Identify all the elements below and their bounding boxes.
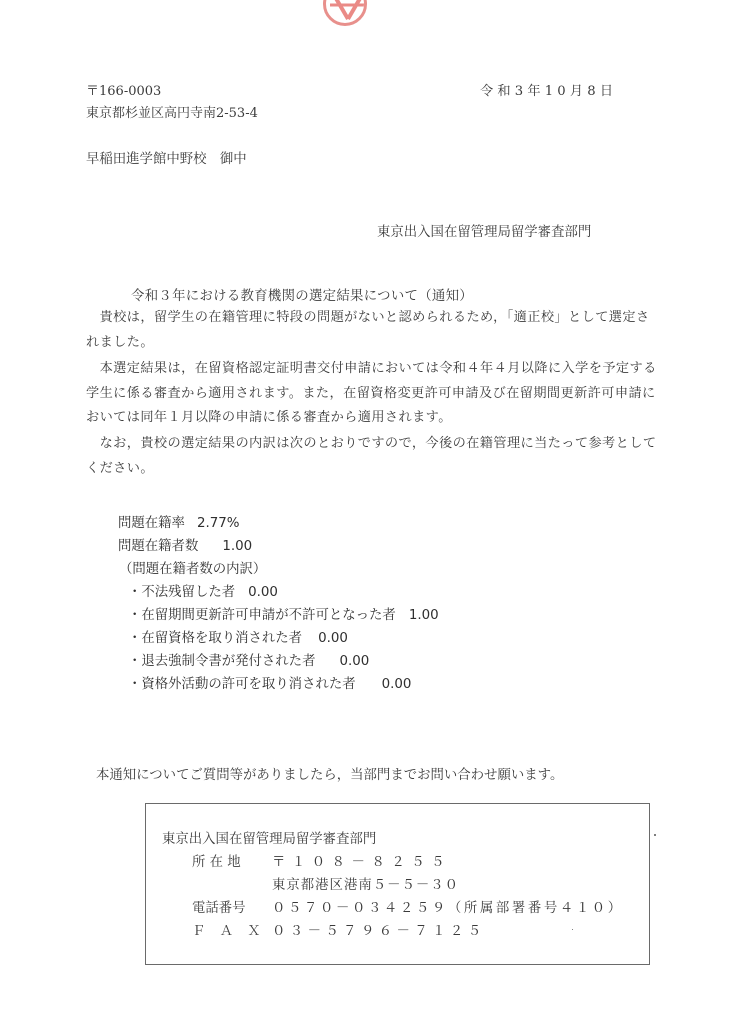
sender-address: 東京都杉並区高円寺南2-53-4 bbox=[86, 102, 258, 121]
scan-speck bbox=[572, 929, 573, 930]
paragraph-application: 本選定結果は，在留資格認定証明書交付申請においては令和４年４月以降に入学を予定す… bbox=[86, 357, 662, 431]
contact-office: 東京出入国在留管理局留学審査部門 bbox=[162, 828, 376, 847]
breakdown-heading: （問題在籍者数の内訳） bbox=[119, 558, 266, 577]
breakdown-item: ・在留資格を取り消された者0.00 bbox=[128, 627, 348, 646]
closing-note: 本通知についてご質問等がありましたら，当部門までお問い合わせ願います。 bbox=[96, 764, 563, 783]
problem-count-value: 1.00 bbox=[222, 539, 252, 554]
breakdown-item: ・不法残留した者0.00 bbox=[128, 581, 278, 600]
contact-fax-label: Ｆ Ａ Ｘ bbox=[192, 920, 266, 939]
scan-speck bbox=[654, 834, 656, 836]
issuer: 東京出入国在留管理局留学審査部門 bbox=[377, 221, 591, 240]
contact-phone: ０５７０－０３４２５９（所属部署番号４１０） bbox=[272, 897, 624, 916]
paragraph-selection: 貴校は，留学生の在籍管理に特段の問題がないと認められるため，「適正校」として選定… bbox=[86, 306, 662, 355]
contact-fax: ０３－５７９６－７１２５ bbox=[272, 920, 486, 939]
official-seal-icon bbox=[323, 0, 367, 26]
problem-rate-label: 問題在籍率 bbox=[118, 516, 185, 531]
breakdown-item: ・資格外活動の許可を取り消された者0.00 bbox=[128, 673, 411, 692]
contact-postal-code: 〒１０８－８２５５ bbox=[272, 851, 451, 870]
contact-phone-label: 電話番号 bbox=[192, 897, 246, 916]
contact-address: 東京都港区港南５－５－３０ bbox=[272, 874, 459, 893]
problem-rate-row: 問題在籍率2.77% bbox=[118, 512, 240, 531]
problem-rate-value: 2.77% bbox=[197, 516, 240, 531]
recipient: 早稲田進学館中野校 御中 bbox=[86, 148, 247, 167]
paragraph-breakdown-note: なお，貴校の選定結果の内訳は次のとおりですので，今後の在籍管理に当たって参考とし… bbox=[86, 432, 662, 481]
problem-count-label: 問題在籍者数 bbox=[118, 539, 198, 554]
breakdown-item: ・退去強制令書が発付された者0.00 bbox=[128, 650, 369, 669]
breakdown-item: ・在留期間更新許可申請が不許可となった者1.00 bbox=[128, 604, 439, 623]
sender-postal-code: 〒166-0003 bbox=[86, 80, 161, 99]
document-title: 令和３年における教育機関の選定結果について（通知） bbox=[131, 285, 473, 304]
document-date: 令 和 3 年 1 0 月 8 日 bbox=[480, 80, 613, 99]
problem-count-row: 問題在籍者数1.00 bbox=[118, 535, 252, 554]
contact-address-label: 所 在 地 bbox=[192, 851, 241, 870]
